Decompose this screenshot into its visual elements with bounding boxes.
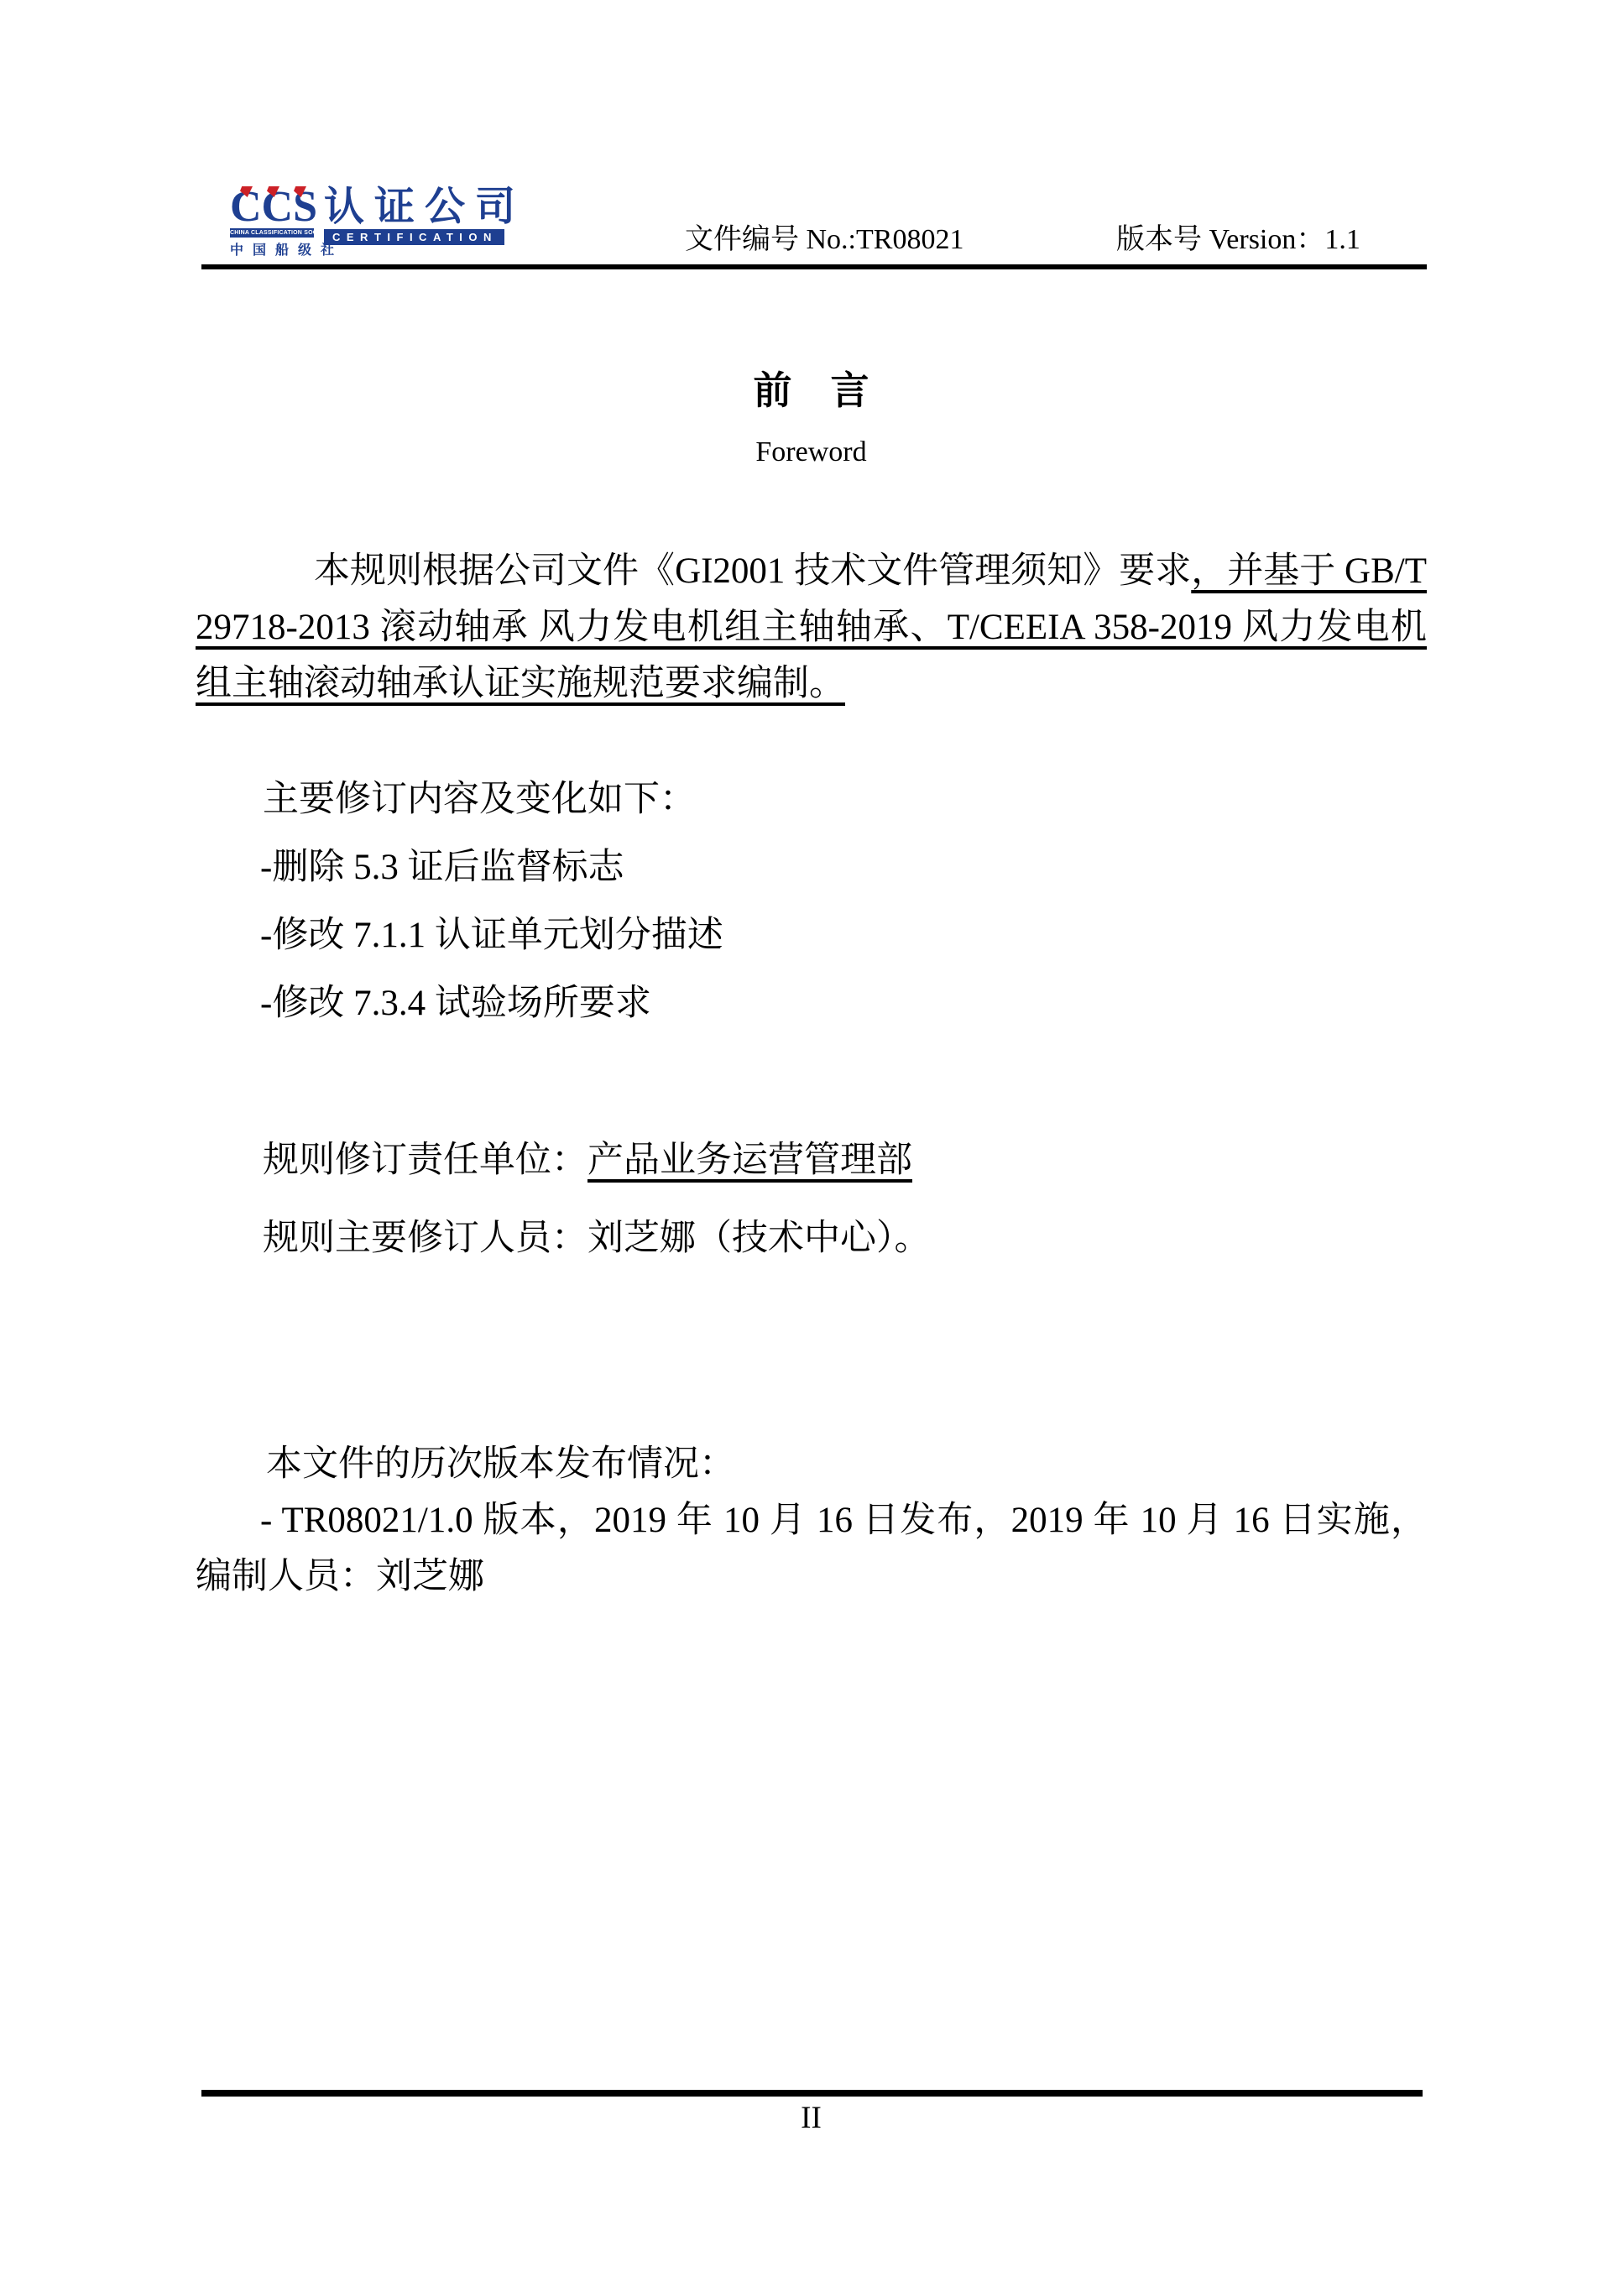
revision-item: -修改 7.3.4 试验场所要求: [260, 975, 651, 1031]
footer-rule: [201, 2090, 1423, 2097]
header-rule: [201, 264, 1427, 269]
revision-item: -删除 5.3 证后监督标志: [260, 839, 624, 896]
reviser-label: 规则主要修订人员：: [263, 1219, 587, 1258]
version-number: 版本号 Version：1.1: [1116, 223, 1360, 257]
page-number: II: [196, 2100, 1427, 2137]
history-intro: 本文件的历次版本发布情况：: [266, 1436, 735, 1492]
page-title-en: Foreword: [196, 435, 1427, 470]
reviser-line: 规则主要修订人员：刘芝娜（技术中心）。: [263, 1210, 931, 1266]
revision-intro: 主要修订内容及变化如下：: [263, 771, 696, 828]
responsible-unit-line: 规则修订责任单位：产品业务运营管理部: [263, 1132, 912, 1188]
page-title-cn: 前 言: [196, 368, 1427, 415]
foreword-paragraph-normal: 本规则根据公司文件《GI2001 技术文件管理须知》要求: [314, 551, 1191, 591]
company-name-cn: 认证公司: [324, 188, 525, 227]
foreword-paragraph: 本规则根据公司文件《GI2001 技术文件管理须知》要求，并基于 GB/T 29…: [196, 543, 1427, 712]
society-name-en: CHINA CLASSIFICATION SOCIETY: [230, 228, 314, 238]
responsible-unit-label: 规则修订责任单位：: [263, 1141, 587, 1180]
company-name-en: CERTIFICATION: [324, 229, 504, 245]
ccs-logo-left: CCS CHINA CLASSIFICATION SOCIETY 中 国 船 级…: [230, 188, 314, 259]
reviser-value: 刘芝娜（技术中心）。: [587, 1219, 931, 1258]
society-name-cn: 中 国 船 级 社: [230, 239, 314, 259]
document-page: CCS CHINA CLASSIFICATION SOCIETY 中 国 船 级…: [0, 0, 1624, 2277]
ccs-logo-right: 认证公司 CERTIFICATION: [324, 188, 525, 245]
history-item: - TR08021/1.0 版本，2019 年 10 月 16 日发布，2019…: [196, 1492, 1427, 1605]
ccs-logo: CCS CHINA CLASSIFICATION SOCIETY 中 国 船 级…: [230, 188, 525, 259]
responsible-unit-value: 产品业务运营管理部: [587, 1141, 912, 1180]
revision-item: -修改 7.1.1 认证单元划分描述: [260, 907, 723, 964]
document-number: 文件编号 No.:TR08021: [685, 223, 963, 257]
